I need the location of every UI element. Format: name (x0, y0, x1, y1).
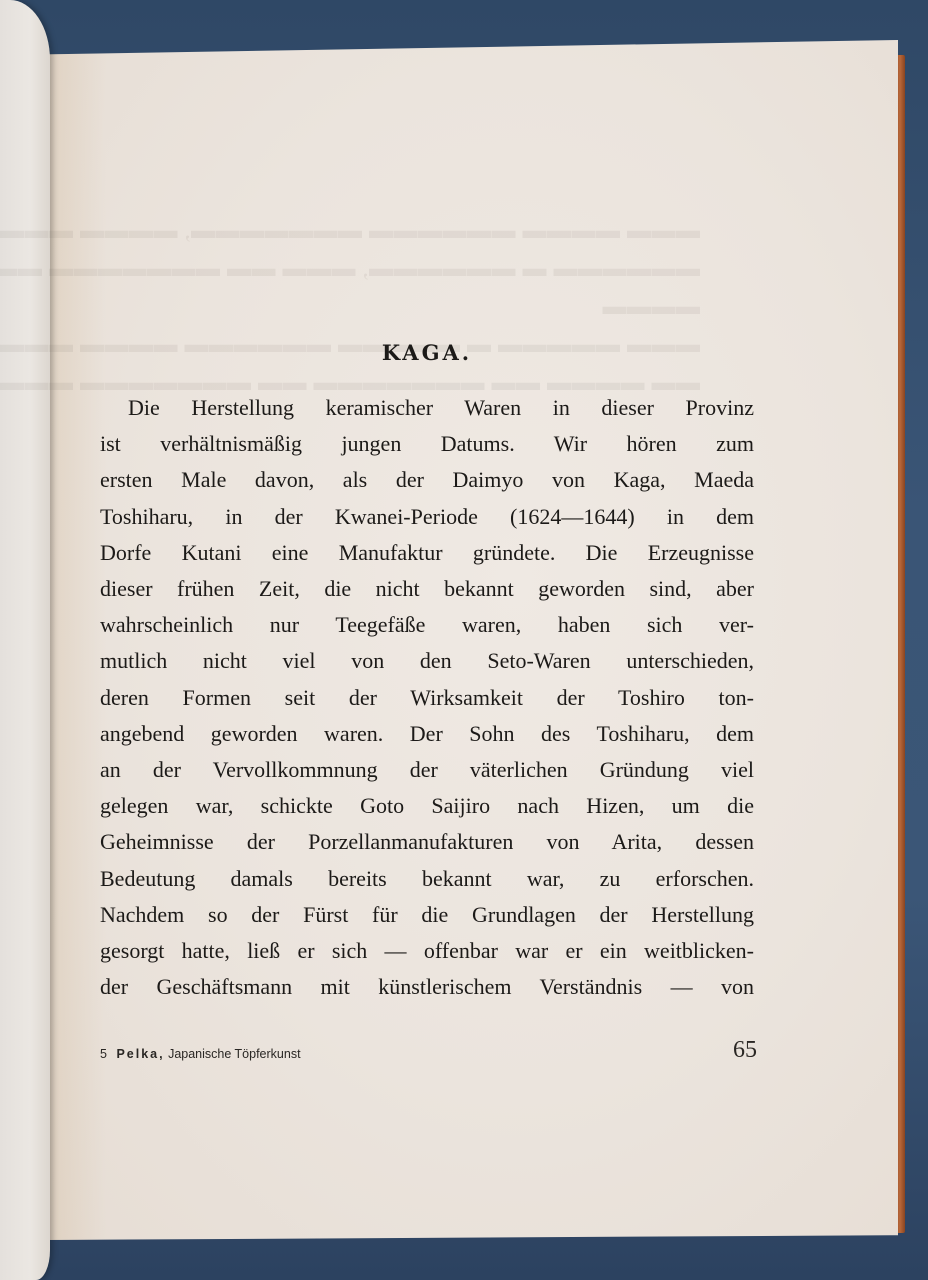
text-line: der Geschäftsmann mit künstlerischem Ver… (100, 969, 754, 1005)
page-body: KAGA. Die Herstellung keramischer Waren … (100, 338, 754, 1005)
signature-mark: 5 Pelka, Japanische Töpferkunst (100, 1047, 301, 1061)
left-page-edge (0, 0, 50, 1280)
text-line: dieser frühen Zeit, die nicht bekannt ge… (100, 571, 754, 607)
text-line: gesorgt hatte, ließ er sich — offenbar w… (100, 933, 754, 969)
text-line: gelegen war, schickte Goto Saijiro nach … (100, 788, 754, 824)
text-line: an der Vervollkommnung der väterlichen G… (100, 752, 754, 788)
body-paragraph: Die Herstellung keramischer Waren in die… (100, 390, 754, 1005)
text-line: Bedeutung damals bereits bekannt war, zu… (100, 861, 754, 897)
text-line: ist verhältnismäßig jungen Datums. Wir h… (100, 426, 754, 462)
text-line: Toshiharu, in der Kwanei-Periode (1624—1… (100, 499, 754, 535)
chapter-heading: KAGA. (100, 338, 754, 368)
text-line: Nachdem so der Fürst für die Grundlagen … (100, 897, 754, 933)
page-number: 65 (733, 1037, 757, 1064)
text-line: wahrscheinlich nur Teegefäße waren, habe… (100, 607, 754, 643)
text-line: mutlich nicht viel von den Seto-Waren un… (100, 643, 754, 679)
text-line: ersten Male davon, als der Daimyo von Ka… (100, 462, 754, 498)
text-line: deren Formen seit der Wirksamkeit der To… (100, 680, 754, 716)
footer-book-title: Japanische Töpferkunst (168, 1047, 301, 1061)
page-footer: 5 Pelka, Japanische Töpferkunst 65 (100, 1037, 760, 1067)
signature-number: 5 (100, 1047, 107, 1061)
text-line: angebend geworden waren. Der Sohn des To… (100, 716, 754, 752)
text-line: Geheimnisse der Porzellanmanufakturen vo… (100, 824, 754, 860)
footer-author: Pelka, (116, 1047, 164, 1061)
text-line: Die Herstellung keramischer Waren in die… (100, 390, 754, 426)
text-line: Dorfe Kutani eine Manufaktur gründete. D… (100, 535, 754, 571)
